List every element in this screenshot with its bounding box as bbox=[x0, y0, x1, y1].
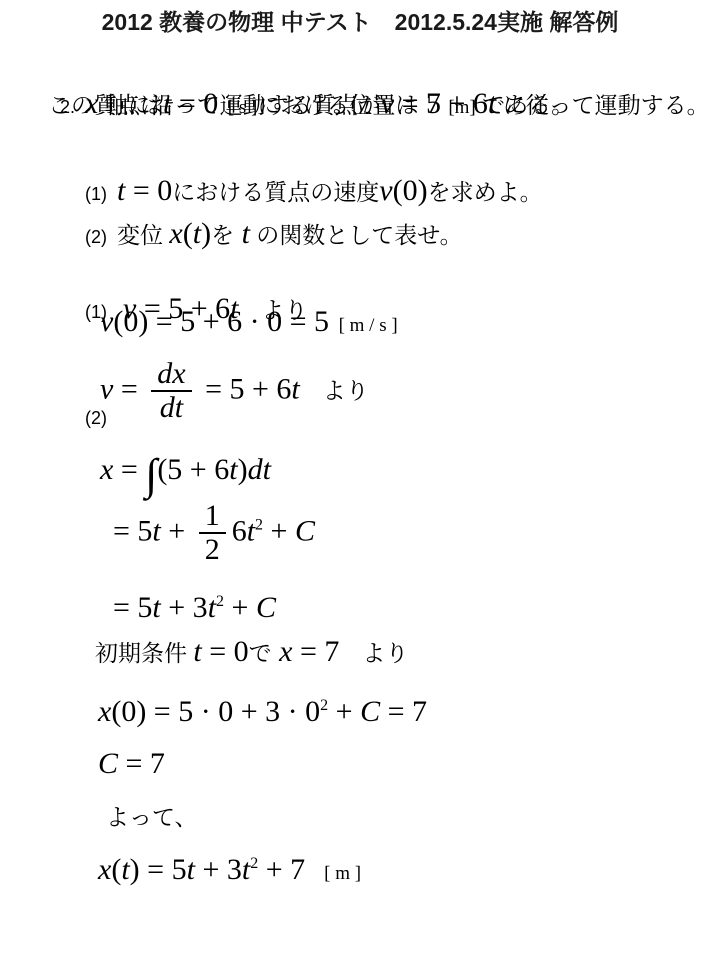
solution-2-c-eq: C = 7 bbox=[98, 746, 165, 782]
problem-statement-line-2: この質点はt = 0 [ s ]における位置は 7 [m] である。 bbox=[48, 86, 574, 126]
solution-1-result-eq: v(0) = 5 + 6 · 0 = 5 [ m / s ] bbox=[100, 304, 398, 344]
solution-2-x0-eq: x(0) = 5 · 0 + 3 · 02 + C = 7 bbox=[98, 688, 427, 730]
answer-sheet-page: 2012 教養の物理 中テスト 2012.5.24実施 解答例 2.x 軸に沿っ… bbox=[0, 0, 720, 960]
solution-2-velocity-eq: v = dxdt = 5 + 6t より bbox=[100, 358, 369, 425]
question-2-text: 変位 x(t)を t の関数として表せ。 bbox=[117, 217, 463, 250]
solution-2-integral-eq: x = ∫(5 + 6t)dt bbox=[100, 452, 271, 497]
solution-2-final-eq: x(t) = 5t + 3t2 + 7 [ m ] bbox=[98, 846, 361, 892]
solution-2-conclusion: よって、 bbox=[106, 799, 198, 835]
solution-2-expand-eq: = 5t + 126t2 + C bbox=[113, 500, 315, 567]
page-title: 2012 教養の物理 中テスト 2012.5.24実施 解答例 bbox=[0, 4, 720, 37]
question-2-label: (2) bbox=[85, 227, 107, 247]
solution-2-initial-condition: 初期条件 t = 0で x = 7 より bbox=[95, 634, 408, 671]
solution-2-simplified-eq: = 5t + 3t2 + C bbox=[113, 584, 276, 626]
